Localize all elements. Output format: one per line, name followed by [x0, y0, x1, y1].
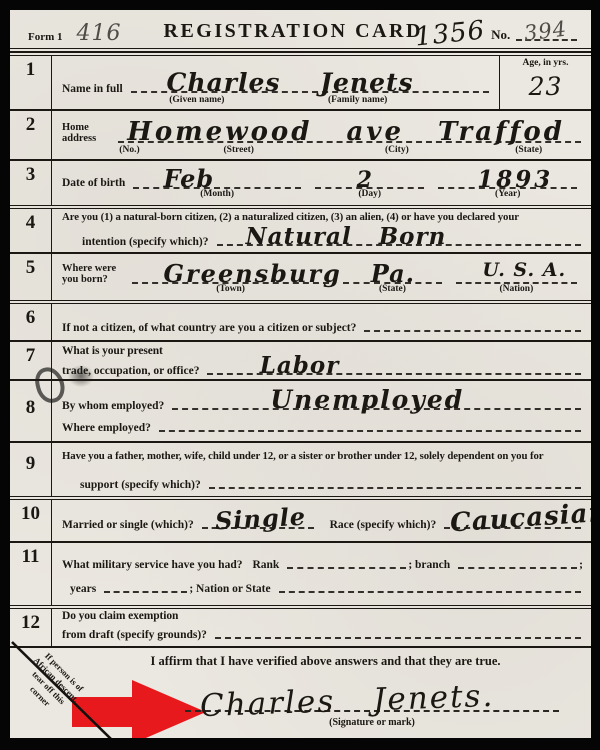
family-name-caption: (Family name) [328, 95, 387, 105]
nation-caption: (Nation) [456, 284, 577, 294]
exemption-answer-line [215, 622, 581, 639]
where-employed-line [159, 415, 581, 432]
married-single-label: Married or single (which)? [62, 519, 194, 531]
signature-caption: (Signature or mark) [185, 717, 559, 728]
years-label: years [70, 583, 96, 595]
home-address-label: Home address [62, 122, 110, 145]
address-answer-line: Homewood ave Traffod Pa [118, 126, 581, 143]
row-9-content: Have you a father, mother, wife, child u… [52, 443, 591, 496]
question-row-9: 9 Have you a father, mother, wife, child… [10, 441, 591, 496]
no-label: No. [491, 27, 510, 43]
birth-day-handwritten: 2 [357, 169, 373, 191]
branch-line [458, 552, 577, 569]
by-whom-employed-handwritten: Unemployed [270, 387, 464, 412]
exemption-question-line1: Do you claim exemption [62, 610, 583, 622]
card-number-line: 394 [516, 25, 577, 41]
registration-card: Form 1 416 REGISTRATION CARD 1356 No. 39… [10, 10, 591, 738]
question-row-11: 11 What military service have you had? R… [10, 541, 591, 605]
state-caption: (State) [343, 284, 442, 294]
question-number-9: 9 [10, 443, 52, 496]
rank-label: Rank [252, 559, 279, 571]
married-single-handwritten: Single [215, 505, 307, 534]
card-header: Form 1 416 REGISTRATION CARD 1356 No. 39… [10, 10, 591, 52]
where-born-label: Where were you born? [62, 263, 124, 286]
serial-number-handwritten: 1356 [414, 17, 487, 50]
question-row-2: 2 Home address Homewood ave Traffod Pa (… [10, 109, 591, 159]
row-5-content: Where were you born? Greensburg (Town) P… [52, 254, 591, 300]
city-caption: (City) [385, 145, 409, 155]
married-single-line: Single [202, 512, 314, 529]
race-handwritten: Caucasian [449, 500, 591, 537]
dependents-question-line2: support (specify which)? [80, 479, 201, 491]
birth-day-line: 2 (Day) [315, 172, 424, 189]
town-caption: (Town) [132, 284, 329, 294]
military-service-question: What military service have you had? [62, 559, 242, 571]
age-label: Age, in yrs. [500, 56, 591, 68]
signature-handwritten: Charles Jenets. [200, 681, 495, 722]
question-row-7: 7 What is your present trade, occupation… [10, 340, 591, 379]
citizen-answer-handwritten: Natural Born [246, 225, 447, 248]
by-whom-employed-line: Unemployed [172, 393, 581, 410]
citizen-answer-line: Natural Born [217, 229, 582, 246]
signature-zone: Charles Jenets. (Signature or mark) [10, 670, 591, 738]
year-caption: (Year) [438, 189, 577, 199]
birth-month-line: Feb (Month) [133, 172, 301, 189]
race-label: Race (specify which)? [330, 519, 437, 531]
name-label: Name in full [62, 83, 123, 95]
name-answer-line: Charles Jenets [131, 76, 489, 93]
question-row-5: 5 Where were you born? Greensburg (Town)… [10, 252, 591, 300]
question-row-4: 4 Are you (1) a natural-born citizen, (2… [10, 205, 591, 252]
affirmation-text: I affirm that I have verified above answ… [10, 648, 591, 669]
row-10-content: Married or single (which)? Single Race (… [52, 500, 591, 541]
age-handwritten: 23 [500, 74, 591, 99]
row-8-content: By whom employed? Unemployed Where emplo… [52, 381, 591, 441]
given-name-caption: (Given name) [169, 95, 224, 105]
citizen-question-line2: intention (specify which)? [82, 236, 209, 248]
birth-month-handwritten: Feb [163, 167, 214, 191]
month-caption: (Month) [133, 189, 301, 199]
question-number-6: 6 [10, 304, 52, 340]
born-state-handwritten: Pa. [371, 262, 415, 286]
row-2-content: Home address Homewood ave Traffod Pa (No… [52, 111, 591, 159]
not-citizen-question: If not a citizen, of what country are yo… [62, 322, 356, 334]
citizen-question-line1: Are you (1) a natural-born citizen, (2) … [62, 211, 583, 223]
date-of-birth-label: Date of birth [62, 177, 125, 189]
nation-state-line [279, 576, 581, 593]
question-number-1: 1 [10, 56, 52, 109]
dependents-question-line1: Have you a father, mother, wife, child u… [62, 450, 583, 462]
exemption-question-line2: from draft (specify grounds)? [62, 629, 207, 641]
where-employed-label: Where employed? [62, 422, 151, 434]
day-caption: (Day) [315, 189, 424, 199]
row-1-content: Name in full Charles Jenets (Given name)… [52, 56, 499, 109]
state-caption: (State) [515, 145, 542, 155]
address-handwritten: Homewood ave Traffod Pa [127, 119, 591, 145]
question-number-2: 2 [10, 111, 52, 159]
race-line: Caucasian [444, 512, 581, 529]
signature-line: Charles Jenets. [185, 710, 559, 712]
form-number-handwritten: 416 [77, 23, 122, 45]
line1-end: ; [579, 559, 583, 571]
born-state-line: Pa. (State) [343, 267, 442, 284]
born-nation-line: U. S. A. (Nation) [456, 267, 577, 284]
card-number-handwritten: 394 [522, 18, 567, 44]
row-12-content: Do you claim exemption from draft (speci… [52, 609, 591, 646]
nation-state-label: ; Nation or State [189, 583, 270, 595]
scanned-card-frame: Form 1 416 REGISTRATION CARD 1356 No. 39… [0, 0, 600, 750]
question-row-6: 6 If not a citizen, of what country are … [10, 300, 591, 340]
question-number-11: 11 [10, 543, 52, 605]
card-title: REGISTRATION CARD [164, 20, 423, 43]
row-4-content: Are you (1) a natural-born citizen, (2) … [52, 209, 591, 252]
question-row-8: 8 By whom employed? Unemployed Where emp… [10, 379, 591, 441]
no-caption: (No.) [119, 145, 139, 155]
row-7-content: What is your present trade, occupation, … [52, 342, 591, 379]
row-6-content: If not a citizen, of what country are yo… [52, 304, 591, 340]
born-town-handwritten: Greensburg [164, 262, 342, 286]
birth-year-handwritten: 1893 [477, 168, 553, 191]
dependents-answer-line [209, 472, 581, 489]
question-row-12: 12 Do you claim exemption from draft (sp… [10, 605, 591, 646]
question-number-5: 5 [10, 254, 52, 300]
row-3-content: Date of birth Feb (Month) 2 (Day) 1893 (… [52, 161, 591, 205]
birth-year-line: 1893 (Year) [438, 172, 577, 189]
question-number-3: 3 [10, 161, 52, 205]
occupation-answer-line: Labor [207, 358, 581, 375]
question-number-4: 4 [10, 209, 52, 252]
age-box: Age, in yrs. 23 [499, 56, 591, 109]
question-number-12: 12 [10, 609, 52, 646]
row-11-content: What military service have you had? Rank… [52, 543, 591, 605]
question-row-10: 10 Married or single (which)? Single Rac… [10, 496, 591, 541]
rank-line [287, 552, 406, 569]
born-nation-handwritten: U. S. A. [482, 261, 566, 280]
question-row-3: 3 Date of birth Feb (Month) 2 (Day) 1893… [10, 159, 591, 205]
question-row-1: 1 Name in full Charles Jenets (Given nam… [10, 52, 591, 109]
occupation-handwritten: Labor [260, 354, 340, 377]
by-whom-employed-label: By whom employed? [62, 400, 164, 412]
born-town-line: Greensburg (Town) [132, 267, 329, 284]
not-citizen-answer-line [364, 315, 581, 332]
red-arrow-icon [72, 680, 208, 738]
ink-smudge-icon [68, 365, 94, 387]
form-label: Form 1 [28, 31, 63, 43]
card-footer: I affirm that I have verified above answ… [10, 646, 591, 738]
street-caption: (Street) [224, 145, 254, 155]
question-number-10: 10 [10, 500, 52, 541]
name-handwritten: Charles Jenets [167, 70, 414, 95]
branch-label: ; branch [408, 559, 450, 571]
years-line [104, 576, 187, 593]
